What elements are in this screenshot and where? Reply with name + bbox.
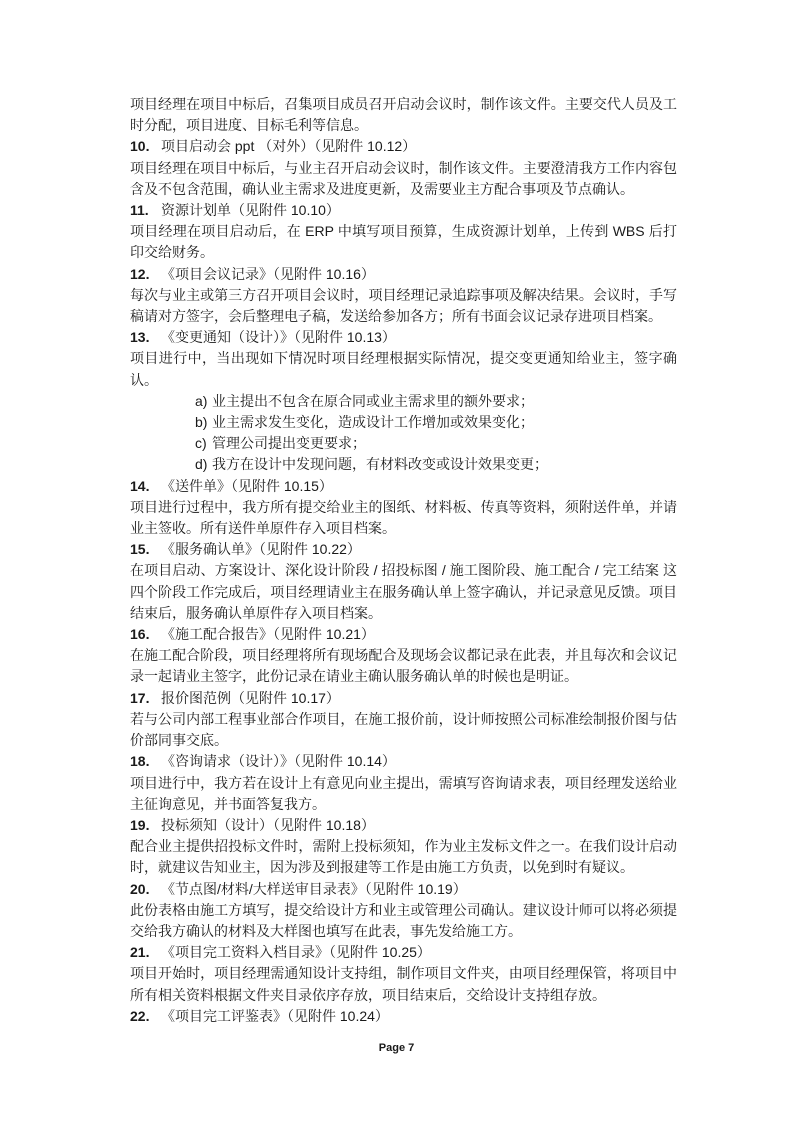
numbered-item: 21.《项目完工资料入档目录》（见附件 10.25）: [130, 942, 677, 963]
numbered-item: 14.《送件单》（见附件 10.15）: [130, 476, 677, 497]
item-title: 《项目会议记录》（见附件 10.16）: [161, 266, 375, 282]
item-title: 《项目完工评鉴表》（见附件 10.24）: [161, 1008, 389, 1024]
item-title: 《变更通知（设计）》（见附件 10.13）: [161, 329, 396, 345]
sub-item-text: 业主提出不包含在原合同或业主需求里的额外要求；: [212, 393, 534, 409]
item-number: 19.: [130, 815, 161, 836]
numbered-item: 16.《施工配合报告》（见附件 10.21）: [130, 624, 677, 645]
sub-item: a)业主提出不包含在原合同或业主需求里的额外要求；: [130, 391, 677, 412]
sub-item-marker: b): [195, 412, 212, 433]
item-title: 《咨询请求（设计）》（见附件 10.14）: [161, 753, 396, 769]
item-number: 12.: [130, 264, 161, 285]
sub-item: b)业主需求发生变化，造成设计工作增加或效果变化；: [130, 412, 677, 433]
paragraph: 配合业主提供招投标文件时，需附上投标须知，作为业主发标文件之一。在我们设计启动时…: [130, 836, 677, 878]
paragraph: 在项目启动、方案设计、深化设计阶段 / 招投标图 / 施工图阶段、施工配合 / …: [130, 560, 677, 624]
paragraph: 项目经理在项目启动后，在 ERP 中填写项目预算，生成资源计划单，上传到 WBS…: [130, 221, 677, 263]
item-title: 投标须知（设计）（见附件 10.18）: [161, 817, 375, 833]
paragraph: 项目进行中，我方若在设计上有意见向业主提出，需填写咨询请求表，项目经理发送给业主…: [130, 773, 677, 815]
numbered-item: 17.报价图范例（见附件 10.17）: [130, 688, 677, 709]
item-title: 《节点图/材料/大样送审目录表》（见附件 10.19）: [161, 881, 467, 897]
numbered-item: 10.项目启动会 ppt （对外）（见附件 10.12）: [130, 136, 677, 157]
item-number: 11.: [130, 200, 161, 221]
sub-item-text: 业主需求发生变化，造成设计工作增加或效果变化；: [212, 414, 534, 430]
paragraph: 若与公司内部工程事业部合作项目，在施工报价前，设计师按照公司标准绘制报价图与估价…: [130, 709, 677, 751]
page-number: Page 7: [379, 1042, 414, 1054]
item-number: 21.: [130, 942, 161, 963]
sub-item-marker: d): [195, 454, 212, 475]
item-title: 《送件单》（见附件 10.15）: [161, 478, 333, 494]
sub-item-marker: a): [195, 391, 212, 412]
item-number: 15.: [130, 539, 161, 560]
item-number: 16.: [130, 624, 161, 645]
paragraph: 项目经理在项目中标后，召集项目成员召开启动会议时，制作该文件。主要交代人员及工时…: [130, 94, 677, 136]
paragraph: 项目进行过程中，我方所有提交给业主的图纸、材料板、传真等资料，须附送件单，并请业…: [130, 497, 677, 539]
numbered-item: 13.《变更通知（设计）》（见附件 10.13）: [130, 327, 677, 348]
numbered-item: 11.资源计划单（见附件 10.10）: [130, 200, 677, 221]
paragraph: 项目开始时，项目经理需通知设计支持组，制作项目文件夹，由项目经理保管，将项目中所…: [130, 963, 677, 1005]
numbered-item: 19.投标须知（设计）（见附件 10.18）: [130, 815, 677, 836]
document-page: 项目经理在项目中标后，召集项目成员召开启动会议时，制作该文件。主要交代人员及工时…: [0, 0, 793, 1122]
sub-item: d)我方在设计中发现问题，有材料改变或设计效果变更；: [130, 454, 677, 475]
paragraph: 项目经理在项目中标后，与业主召开启动会议时，制作该文件。主要澄清我方工作内容包含…: [130, 158, 677, 200]
item-title: 《施工配合报告》（见附件 10.21）: [161, 626, 375, 642]
paragraph: 此份表格由施工方填写，提交给设计方和业主或管理公司确认。建议设计师可以将必须提交…: [130, 900, 677, 942]
paragraph: 项目进行中，当出现如下情况时项目经理根据实际情况，提交变更通知给业主，签字确认。: [130, 348, 677, 390]
item-title: 资源计划单（见附件 10.10）: [161, 202, 340, 218]
numbered-item: 15.《服务确认单》（见附件 10.22）: [130, 539, 677, 560]
numbered-item: 18.《咨询请求（设计）》（见附件 10.14）: [130, 751, 677, 772]
paragraph: 每次与业主或第三方召开项目会议时，项目经理记录追踪事项及解决结果。会议时，手写稿…: [130, 285, 677, 327]
document-body: 项目经理在项目中标后，召集项目成员召开启动会议时，制作该文件。主要交代人员及工时…: [130, 94, 677, 1027]
item-title: 《项目完工资料入档目录》（见附件 10.25）: [161, 944, 431, 960]
item-number: 20.: [130, 879, 161, 900]
item-title: 报价图范例（见附件 10.17）: [161, 690, 340, 706]
sub-item-text: 管理公司提出变更要求；: [212, 435, 366, 451]
item-number: 14.: [130, 476, 161, 497]
numbered-item: 12.《项目会议记录》（见附件 10.16）: [130, 264, 677, 285]
sub-item-text: 我方在设计中发现问题，有材料改变或设计效果变更；: [212, 456, 548, 472]
paragraph: 在施工配合阶段，项目经理将所有现场配合及现场会议都记录在此表，并且每次和会议记录…: [130, 645, 677, 687]
numbered-item: 20.《节点图/材料/大样送审目录表》（见附件 10.19）: [130, 879, 677, 900]
item-number: 13.: [130, 327, 161, 348]
item-number: 22.: [130, 1006, 161, 1027]
sub-item-marker: c): [195, 433, 212, 454]
item-title: 项目启动会 ppt （对外）（见附件 10.12）: [161, 138, 416, 154]
page-footer: Page 7: [0, 1042, 793, 1054]
item-number: 17.: [130, 688, 161, 709]
item-number: 10.: [130, 136, 161, 157]
numbered-item: 22.《项目完工评鉴表》（见附件 10.24）: [130, 1006, 677, 1027]
item-title: 《服务确认单》（见附件 10.22）: [161, 541, 361, 557]
sub-item: c)管理公司提出变更要求；: [130, 433, 677, 454]
item-number: 18.: [130, 751, 161, 772]
